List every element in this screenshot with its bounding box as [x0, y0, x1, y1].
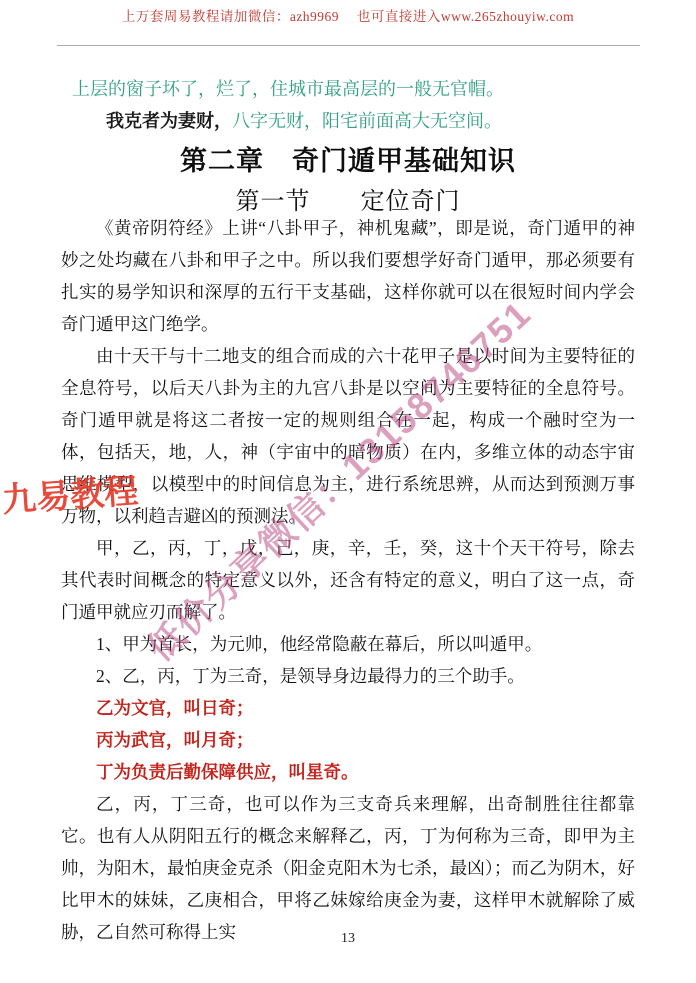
paragraph: 《黄帝阴符经》上讲“八卦甲子，神机鬼藏”，即是说，奇门遁甲的神妙之处均藏在八卦和…	[61, 212, 635, 340]
body-text: 《黄帝阴符经》上讲“八卦甲子，神机鬼藏”，即是说，奇门遁甲的神妙之处均藏在八卦和…	[61, 212, 635, 948]
red-emphasis-line: 丁为负责后勤保障供应，叫星奇。	[61, 756, 635, 788]
paragraph: 由十天干与十二地支的组合而成的六十花甲子是以时间为主要特征的全息符号，以后天八卦…	[61, 340, 635, 532]
document-page: 上万套周易教程请加微信：azh9969 也可直接进入www.265zhouyiw…	[0, 0, 696, 983]
page-number: 13	[0, 931, 696, 947]
note-line-green: 上层的窗子坏了，烂了，住城市最高层的一般无官帽。	[72, 75, 504, 101]
section-title: 第一节 定位奇门	[0, 181, 696, 216]
note-line-mixed: 我克者为妻财，八字无财，阳宅前面高大无空间。	[106, 107, 502, 133]
header-promo-text: 上万套周易教程请加微信：azh9969 也可直接进入www.265zhouyiw…	[0, 5, 696, 25]
list-item: 2、乙，丙，丁为三奇，是领导身边最得力的三个助手。	[61, 660, 635, 692]
paragraph: 甲，乙，丙，丁，戊，己，庚，辛，壬，癸，这十个天干符号，除去其代表时间概念的特定…	[61, 532, 635, 628]
header-divider	[57, 45, 640, 46]
paragraph: 乙，丙，丁三奇，也可以作为三支奇兵来理解，出奇制胜往往都靠它。也有人从阴阳五行的…	[61, 788, 635, 948]
red-emphasis-line: 丙为武官，叫月奇；	[61, 724, 635, 756]
note-black-segment: 我克者为妻财，	[106, 111, 232, 131]
red-emphasis-line: 乙为文官，叫日奇；	[61, 692, 635, 724]
list-item: 1、甲为首长，为元帅，他经常隐蔽在幕后，所以叫遁甲。	[61, 628, 635, 660]
note-green-segment: 八字无财，阳宅前面高大无空间。	[232, 111, 502, 131]
chapter-title: 第二章 奇门遁甲基础知识	[0, 139, 696, 178]
